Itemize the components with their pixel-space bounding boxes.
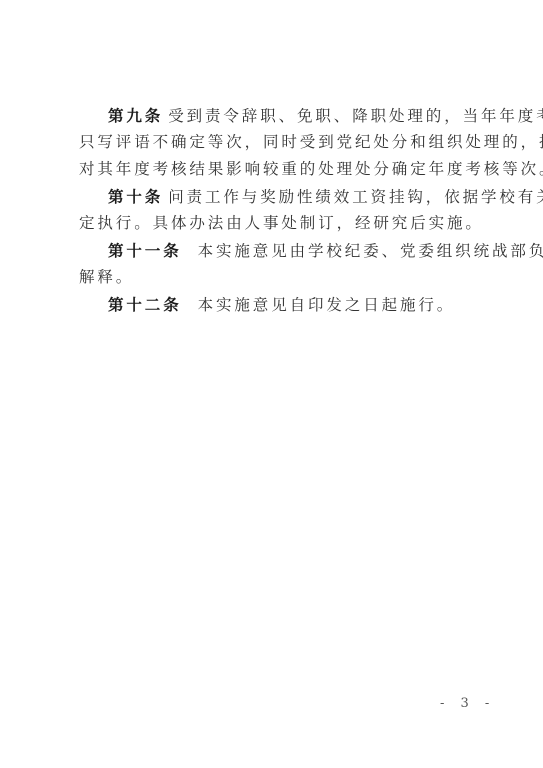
text-line: 解释。 xyxy=(79,264,479,291)
document-page: 第九条受到责令辞职、免职、降职处理的，当年年度考核 只写评语不确定等次，同时受到… xyxy=(0,0,543,768)
article-heading: 第十条 xyxy=(108,187,163,206)
paragraph-article-10: 第十条问责工作与奖励性绩效工资挂钩，依据学校有关规 定执行。具体办法由人事处制订… xyxy=(79,183,479,237)
article-text: 本实施意见自印发之日起施行。 xyxy=(198,296,456,314)
document-body: 第九条受到责令辞职、免职、降职处理的，当年年度考核 只写评语不确定等次，同时受到… xyxy=(79,102,479,318)
text-line: 第十一条本实施意见由学校纪委、党委组织统战部负责 xyxy=(79,237,479,264)
paragraph-article-9: 第九条受到责令辞职、免职、降职处理的，当年年度考核 只写评语不确定等次，同时受到… xyxy=(79,102,479,183)
article-text: 受到责令辞职、免职、降职处理的，当年年度考核 xyxy=(168,107,543,125)
text-line: 对其年度考核结果影响较重的处理处分确定年度考核等次。 xyxy=(79,156,479,183)
text-line: 只写评语不确定等次，同时受到党纪处分和组织处理的，按照 xyxy=(79,129,479,156)
text-line: 第十条问责工作与奖励性绩效工资挂钩，依据学校有关规 xyxy=(79,183,479,210)
article-text: 本实施意见由学校纪委、党委组织统战部负责 xyxy=(198,242,543,260)
paragraph-article-11: 第十一条本实施意见由学校纪委、党委组织统战部负责 解释。 xyxy=(79,237,479,291)
paragraph-article-12: 第十二条本实施意见自印发之日起施行。 xyxy=(79,291,479,318)
article-heading: 第十二条 xyxy=(108,295,182,314)
text-line: 第十二条本实施意见自印发之日起施行。 xyxy=(79,291,479,318)
article-heading: 第十一条 xyxy=(108,241,182,260)
article-heading: 第九条 xyxy=(108,106,163,125)
text-line: 第九条受到责令辞职、免职、降职处理的，当年年度考核 xyxy=(79,102,479,129)
article-text: 问责工作与奖励性绩效工资挂钩，依据学校有关规 xyxy=(168,188,543,206)
text-line: 定执行。具体办法由人事处制订，经研究后实施。 xyxy=(79,210,479,237)
page-number: - 3 - xyxy=(440,696,495,711)
